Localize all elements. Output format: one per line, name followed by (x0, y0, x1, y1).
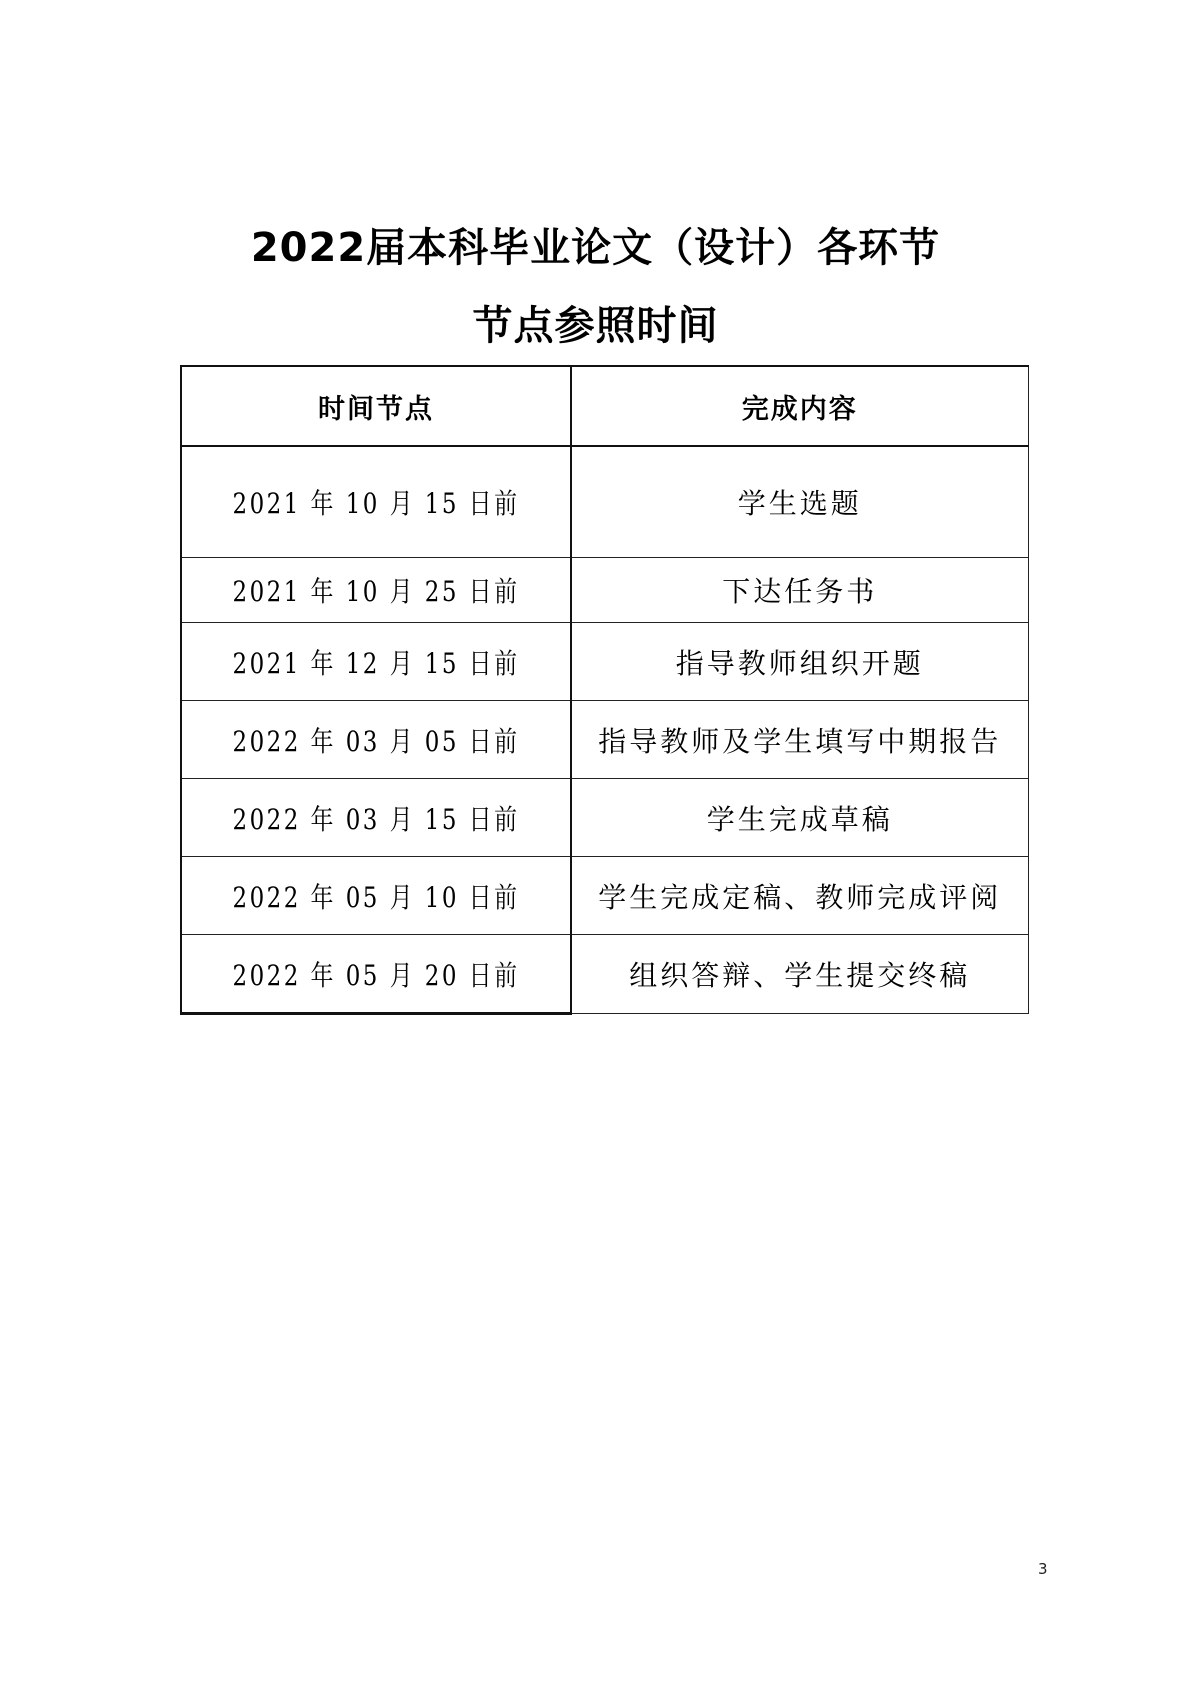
document-title-line-1: 2022届本科毕业论文（设计）各环节 (0, 216, 1191, 273)
table-row: 2022 年 03 月 15 日前 学生完成草稿 (181, 779, 1028, 857)
table-header-row: 时间节点 完成内容 (181, 366, 1028, 446)
content-text: 学生选题 (738, 482, 862, 522)
content-text: 指导教师及学生填写中期报告 (598, 720, 1001, 760)
content-text: 下达任务书 (722, 570, 877, 610)
header-content: 完成内容 (571, 366, 1028, 446)
document-title-line-2: 节点参照时间 (0, 294, 1191, 351)
date-cell: 2021 年 12 月 15 日前 (181, 623, 571, 701)
date-text: 2022 年 05 月 10 日前 (232, 876, 519, 916)
date-text: 2022 年 03 月 15 日前 (232, 798, 519, 838)
date-text: 2022 年 05 月 20 日前 (232, 954, 519, 994)
content-cell: 下达任务书 (571, 558, 1028, 623)
table-row: 2021 年 10 月 25 日前 下达任务书 (181, 558, 1028, 623)
page-number: 3 (1038, 1560, 1048, 1578)
content-text: 组织答辩、学生提交终稿 (629, 954, 970, 994)
content-text: 学生完成定稿、教师完成评阅 (598, 876, 1001, 916)
table-row: 2021 年 10 月 15 日前 学生选题 (181, 446, 1028, 558)
content-text: 学生完成草稿 (707, 798, 893, 838)
date-text: 2021 年 10 月 15 日前 (232, 482, 519, 522)
table-row: 2022 年 05 月 10 日前 学生完成定稿、教师完成评阅 (181, 857, 1028, 935)
content-text: 指导教师组织开题 (676, 642, 924, 682)
date-text: 2021 年 10 月 25 日前 (232, 570, 519, 610)
date-cell: 2022 年 03 月 15 日前 (181, 779, 571, 857)
table-row: 2022 年 03 月 05 日前 指导教师及学生填写中期报告 (181, 701, 1028, 779)
schedule-table: 时间节点 完成内容 2021 年 10 月 15 日前 学生选题 2021 年 … (180, 365, 1029, 1015)
content-cell: 学生完成定稿、教师完成评阅 (571, 857, 1028, 935)
content-cell: 学生完成草稿 (571, 779, 1028, 857)
content-cell: 组织答辩、学生提交终稿 (571, 935, 1028, 1014)
table-row: 2021 年 12 月 15 日前 指导教师组织开题 (181, 623, 1028, 701)
date-cell: 2022 年 05 月 20 日前 (181, 935, 571, 1014)
document-page: 2022届本科毕业论文（设计）各环节 节点参照时间 时间节点 完成内容 2021… (0, 0, 1191, 1684)
content-cell: 指导教师及学生填写中期报告 (571, 701, 1028, 779)
date-text: 2021 年 12 月 15 日前 (232, 642, 519, 682)
date-cell: 2021 年 10 月 15 日前 (181, 446, 571, 558)
content-cell: 指导教师组织开题 (571, 623, 1028, 701)
header-time-node: 时间节点 (181, 366, 571, 446)
date-cell: 2022 年 05 月 10 日前 (181, 857, 571, 935)
date-text: 2022 年 03 月 05 日前 (232, 720, 519, 760)
content-cell: 学生选题 (571, 446, 1028, 558)
table-row: 2022 年 05 月 20 日前 组织答辩、学生提交终稿 (181, 935, 1028, 1014)
date-cell: 2021 年 10 月 25 日前 (181, 558, 571, 623)
date-cell: 2022 年 03 月 05 日前 (181, 701, 571, 779)
